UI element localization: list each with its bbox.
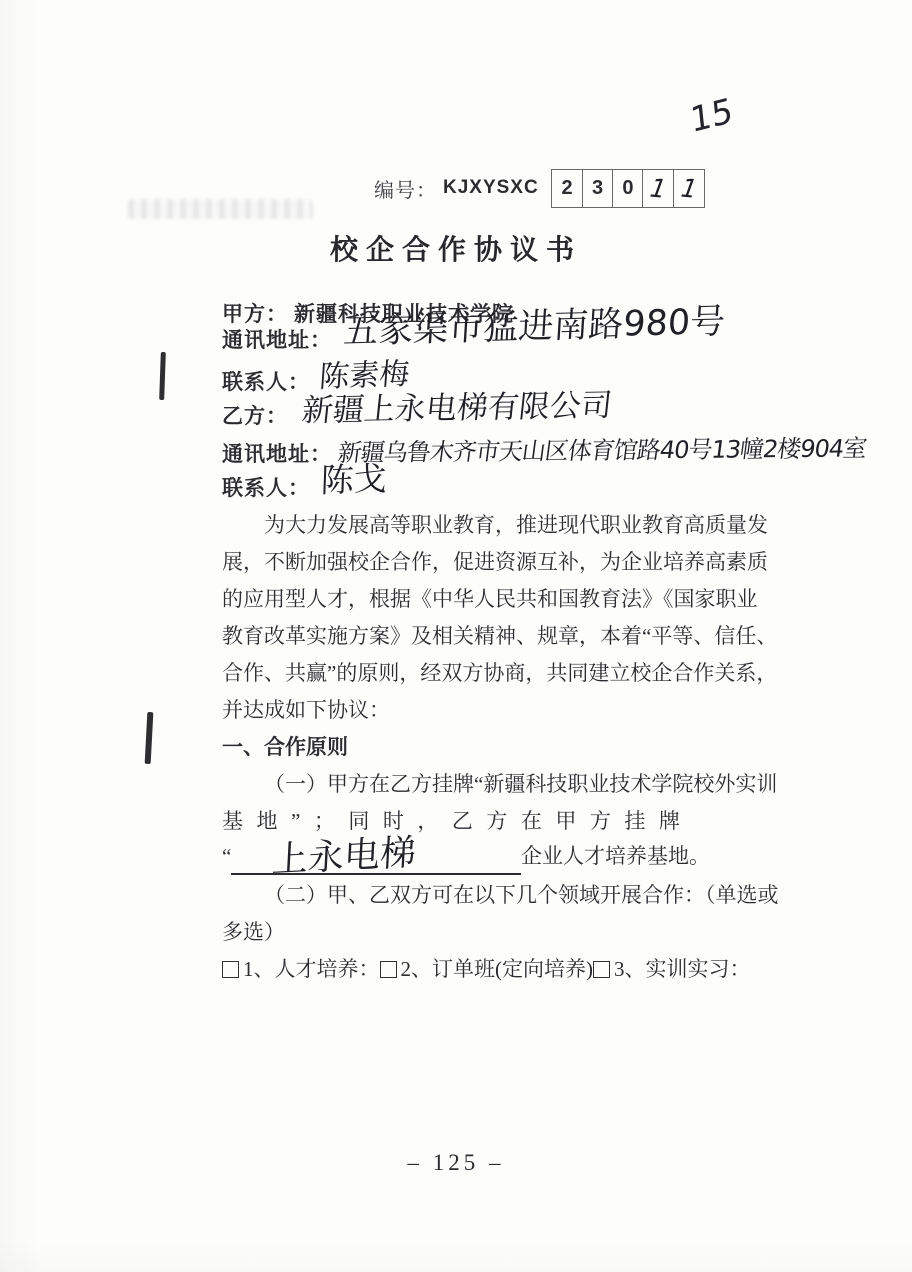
number-box: 2 [551, 169, 583, 208]
body-line: 展，不断加强校企合作，促进资源互补，为企业培养高素质 [222, 544, 710, 581]
party-b-row: 乙方： 新疆上永电梯有限公司 [222, 394, 610, 430]
contact-b-handwritten-value: 陈戈 [320, 453, 388, 502]
checkbox-icon [380, 961, 397, 978]
option-3: 3、实训实习： [593, 951, 751, 988]
blank-line-suffix: 企业人才培养基地。 [521, 838, 710, 875]
body-line: 的应用型人才，根据《中华人民共和国教育法》《国家职业 [222, 581, 710, 618]
document-title: 校企合作协议书 [0, 228, 912, 268]
address-b-row: 通讯地址： 新疆乌鲁木齐市天山区体育馆路40号13幢2楼904室 [222, 432, 864, 468]
option-1: 1、人才培养： [222, 951, 380, 988]
blank-underline: 上永电梯 [231, 839, 521, 875]
handwritten-blank-value: 上永电梯 [271, 834, 417, 879]
document-number-row: 编号： KJXYSXC 2 3 0 1 1 [374, 168, 705, 208]
body-line: 为大力发展高等职业教育，推进现代职业教育高质量发 [222, 507, 710, 544]
clause1-line1: （一）甲方在乙方挂牌“新疆科技职业技术学院校外实训 [222, 766, 710, 803]
scanned-agreement-page: 15 编号： KJXYSXC 2 3 0 1 1 校企合作协议书 甲方： 新疆科… [0, 0, 912, 1272]
option-2: 2、订单班(定向培养) [380, 951, 594, 988]
scan-smudge [128, 199, 313, 219]
body-line: 教育改革实施方案》及相关精神、规章，本着“平等、信任、 [222, 618, 710, 655]
clause1-line2: 基地”；同时，乙方在甲方挂牌 [222, 803, 710, 840]
address-a-row: 通讯地址： 五家渠市猛进南路980号 [222, 318, 724, 354]
number-box-handwritten: 1 [673, 169, 705, 208]
contact-b-row: 联系人： 陈戈 [222, 466, 386, 502]
document-number-boxes: 2 3 0 1 1 [553, 169, 705, 208]
clause2-line1: （二）甲、乙双方可在以下几个领域开展合作：（单选或 [222, 877, 710, 914]
checkbox-icon [593, 961, 610, 978]
option-1-label: 1、人才培养： [243, 951, 380, 988]
option-2-label: 2、订单班(定向培养) [401, 951, 594, 988]
address-b-handwritten-value: 新疆乌鲁木齐市天山区体育馆路40号13幢2楼904室 [336, 428, 869, 468]
contact-a-label: 联系人： [222, 366, 310, 396]
document-number-code: KJXYSXC [443, 177, 539, 199]
address-a-handwritten-value: 五家渠市猛进南路980号 [342, 294, 727, 354]
page-number: – 125 – [0, 1150, 912, 1176]
cooperation-options-row: 1、人才培养： 2、订单班(定向培养) 3、实训实习： [222, 951, 710, 988]
clause2-line2: 多选） [222, 914, 710, 951]
number-box-handwritten: 1 [642, 169, 674, 208]
open-quote: “ [222, 838, 231, 875]
document-number-label: 编号： [374, 174, 437, 203]
section-heading: 一、合作原则 [222, 729, 710, 766]
contact-b-label: 联系人： [222, 472, 310, 502]
body-line: 并达成如下协议： [222, 692, 710, 729]
handwritten-corner-number: 15 [689, 91, 735, 142]
address-b-label: 通讯地址： [222, 438, 332, 468]
number-box: 0 [612, 169, 644, 208]
party-b-label: 乙方： [222, 400, 288, 430]
number-box: 3 [582, 169, 614, 208]
checkbox-icon [222, 961, 239, 978]
option-3-label: 3、实训实习： [614, 951, 751, 988]
binding-mark [159, 352, 166, 400]
fill-in-blank-line: “ 上永电梯 企业人才培养基地。 [222, 838, 710, 875]
body-line: 合作、共赢”的原则，经双方协商，共同建立校企合作关系， [222, 655, 710, 692]
party-b-handwritten-name: 新疆上永电梯有限公司 [300, 380, 615, 430]
binding-mark [145, 712, 154, 764]
address-a-label: 通讯地址： [222, 324, 332, 354]
